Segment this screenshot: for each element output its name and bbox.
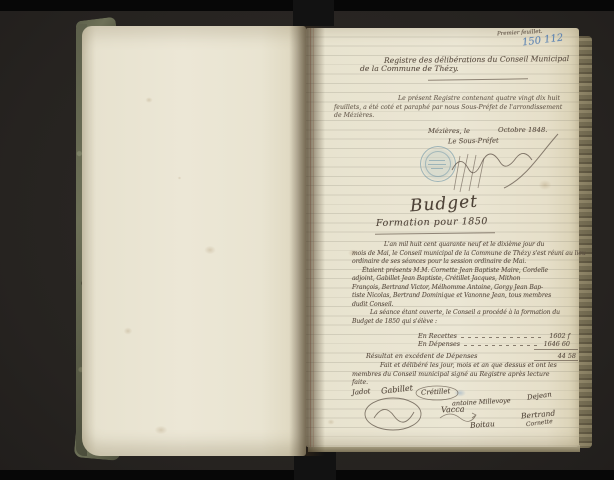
- stain: [152, 424, 170, 436]
- certification-paragraph: Le présent Registre contenant quatre vin…: [334, 95, 578, 121]
- archival-scan: Premier feuillet. 150 112 Registre des d…: [0, 0, 614, 480]
- body-line: L'an mil huit cent quarante neuf et le d…: [352, 241, 580, 250]
- body-line: François, Bertrand Victor, Mélhomme Anto…: [352, 284, 580, 293]
- register-header-line2: de la Commune de Thézy.: [360, 64, 459, 73]
- page-block-edge: [578, 36, 592, 448]
- dotted-leader: [461, 337, 545, 338]
- body-line: tiste Nicolas, Bertrand Dominique et Van…: [352, 292, 580, 301]
- dotted-leader: [464, 345, 540, 346]
- budget-subtitle: Formation pour 1850: [376, 216, 488, 229]
- stain: [122, 326, 134, 336]
- stain: [177, 176, 182, 180]
- depenses-value: 1646 60: [544, 340, 570, 348]
- deliberation-paragraph: L'an mil huit cent quarante neuf et le d…: [352, 241, 580, 326]
- result-label: Résultat en excédent de Dépenses: [366, 352, 477, 360]
- stain: [326, 418, 336, 426]
- recettes-label: En Recettes: [418, 332, 457, 340]
- book-gutter-shadow: [289, 26, 325, 456]
- closing-line: membres du Conseil municipal signé au Re…: [352, 371, 580, 380]
- stain: [144, 96, 154, 104]
- depenses-label: En Dépenses: [418, 340, 460, 348]
- recettes-row: En Recettes 1602 f: [418, 332, 570, 340]
- sous-prefet-signature-flourish: [440, 130, 570, 195]
- result-row: Résultat en excédent de Dépenses 44 58: [366, 352, 576, 360]
- body-line: adjoint, Gabillet Jean Baptiste, Crétill…: [352, 275, 580, 284]
- certification-line: de Mézières.: [334, 112, 578, 121]
- result-rule: [534, 360, 578, 361]
- stain: [202, 244, 218, 256]
- body-line: Étaient présents M.M. Cornette Jean Bapt…: [352, 267, 580, 276]
- closing-line: Fait et délibéré les jour, mois et an qu…: [352, 362, 580, 371]
- body-line: ordinaire de ses séances pour la session…: [352, 258, 580, 267]
- body-line: La séance étant ouverte, le Conseil a pr…: [352, 309, 580, 318]
- signature-paraphe-flourish: [362, 394, 424, 434]
- totals-rule: [534, 349, 578, 350]
- signature-underline-flourish: [438, 412, 480, 422]
- result-value: 44 58: [558, 352, 576, 360]
- blank-left-page: [82, 26, 306, 456]
- book-clamp-top: [293, 0, 334, 26]
- recettes-value: 1602 f: [549, 332, 570, 340]
- certification-line: Le présent Registre contenant quatre vin…: [334, 95, 578, 104]
- depenses-row: En Dépenses 1646 60: [418, 340, 570, 348]
- closing-paragraph: Fait et délibéré les jour, mois et an qu…: [352, 362, 580, 388]
- body-line: Budget de 1850 qui s'élève :: [352, 318, 580, 327]
- body-line: mois de Mai, le Conseil municipal de la …: [352, 250, 580, 259]
